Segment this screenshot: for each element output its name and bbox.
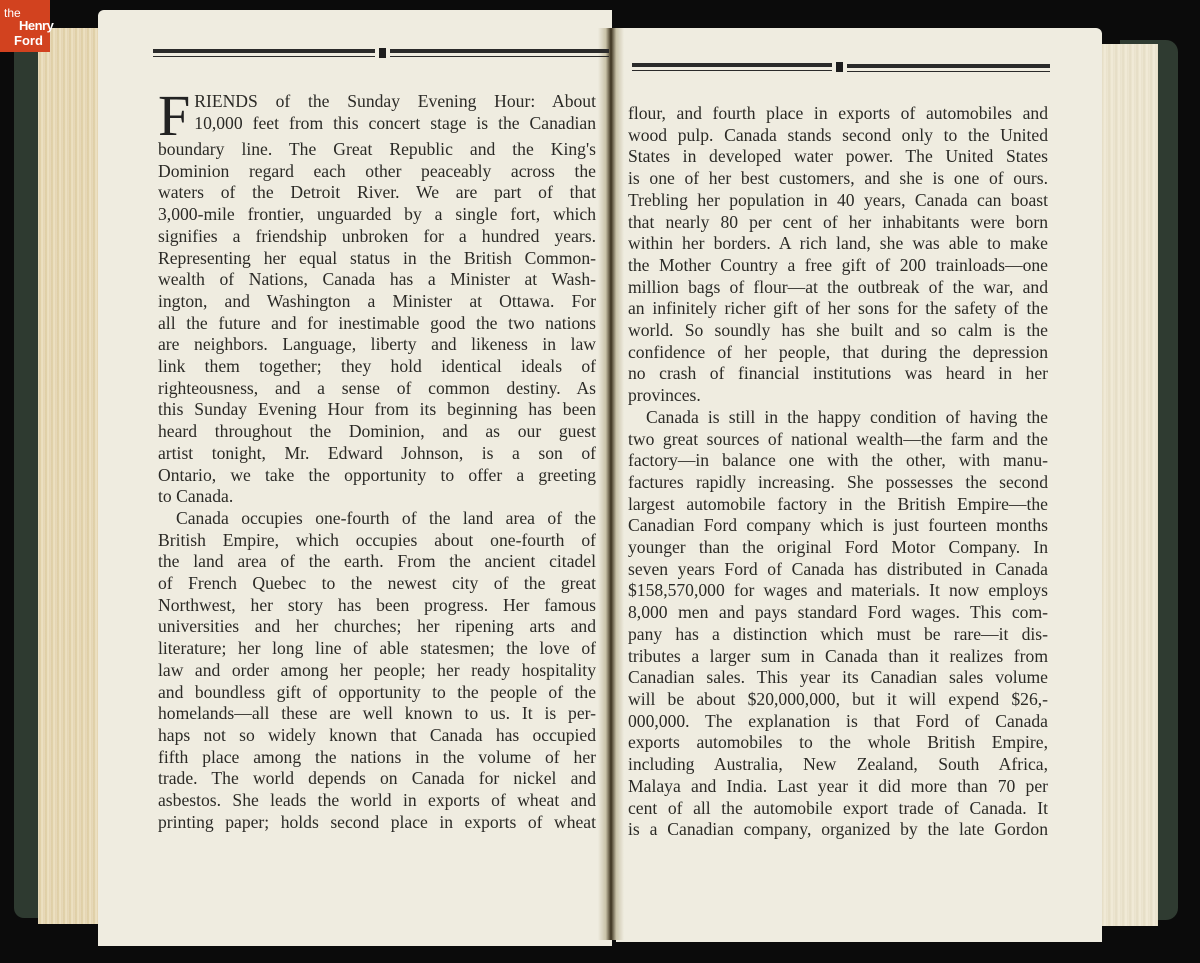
text-line: homelands—all these are well known to us…	[158, 703, 596, 725]
text-line: within her borders. A rich land, she was…	[628, 233, 1048, 255]
logo-text-ford: Ford	[14, 33, 43, 48]
text-line: provinces.	[628, 385, 1048, 407]
text-line: RIENDS of the Sunday Evening Hour: About	[158, 91, 596, 113]
text-line: ington, and Washington a Minister at Ott…	[158, 291, 596, 313]
header-ornament-right	[632, 60, 1050, 76]
text-line: Dominion regard each other peaceably acr…	[158, 161, 596, 183]
text-line: no crash of financial institutions was h…	[628, 363, 1048, 385]
text-line: link them together; they hold identical …	[158, 356, 596, 378]
text-line: seven years Ford of Canada has distribut…	[628, 559, 1048, 581]
text-line: Trebling her population in 40 years, Can…	[628, 190, 1048, 212]
text-line: British Empire, which occupies about one…	[158, 530, 596, 552]
text-line: waters of the Detroit River. We are part…	[158, 182, 596, 204]
text-line: of French Quebec to the newest city of t…	[158, 573, 596, 595]
text-line: the land area of the earth. From the anc…	[158, 551, 596, 573]
text-line: wood pulp. Canada stands second only to …	[628, 125, 1048, 147]
text-line: factory—in balance one with the other, w…	[628, 450, 1048, 472]
text-line: signifies a friendship unbroken for a hu…	[158, 226, 596, 248]
book-gutter	[598, 28, 624, 940]
text-line: $158,570,000 for wages and materials. It…	[628, 580, 1048, 602]
drop-cap: F	[158, 93, 190, 139]
text-line: pany has a distinction which must be rar…	[628, 624, 1048, 646]
text-line: tributes a larger sum in Canada than it …	[628, 646, 1048, 668]
text-line: trade. The world depends on Canada for n…	[158, 768, 596, 790]
text-line: exports automobiles to the whole British…	[628, 732, 1048, 754]
text-line: Representing her equal status in the Bri…	[158, 248, 596, 270]
text-line: fifth place among the nations in the vol…	[158, 747, 596, 769]
text-line: is a Canadian company, organized by the …	[628, 819, 1048, 841]
text-line: 8,000 men and pays standard Ford wages. …	[628, 602, 1048, 624]
text-line: world. So soundly has she built and so c…	[628, 320, 1048, 342]
text-line: will be about $20,000,000, but it will e…	[628, 689, 1048, 711]
text-line: Canada is still in the happy condition o…	[628, 407, 1048, 429]
text-line: largest automobile factory in the Britis…	[628, 494, 1048, 516]
text-line: including Australia, New Zealand, South …	[628, 754, 1048, 776]
ornament-mark-icon	[379, 48, 386, 58]
text-line: and boundless gift of opportunity to the…	[158, 682, 596, 704]
text-line: artist tonight, Mr. Edward Johnson, is a…	[158, 443, 596, 465]
header-ornament-left	[153, 47, 609, 63]
text-line: 10,000 feet from this concert stage is t…	[158, 113, 596, 135]
text-line: Canada occupies one-fourth of the land a…	[158, 508, 596, 530]
henry-ford-logo: the Henry Ford	[0, 0, 50, 52]
text-line: universities and her churches; her ripen…	[158, 616, 596, 638]
text-line: this Sunday Evening Hour from its beginn…	[158, 399, 596, 421]
left-page-text: F RIENDS of the Sunday Evening Hour: Abo…	[158, 91, 596, 834]
text-line: flour, and fourth place in exports of au…	[628, 103, 1048, 125]
page-edges-right	[1100, 44, 1158, 926]
text-line: the Mother Country a free gift of 200 tr…	[628, 255, 1048, 277]
text-line: Northwest, her story has been progress. …	[158, 595, 596, 617]
text-line: 000,000. The explanation is that Ford of…	[628, 711, 1048, 733]
ornament-mark-icon	[836, 62, 843, 72]
text-line: are neighbors. Language, liberty and lik…	[158, 334, 596, 356]
text-line: Canadian sales. This year its Canadian s…	[628, 667, 1048, 689]
text-line: 3,000-mile frontier, unguarded by a sing…	[158, 204, 596, 226]
text-line: that nearly 80 per cent of her inhabitan…	[628, 212, 1048, 234]
right-page-text: flour, and fourth place in exports of au…	[628, 103, 1048, 841]
text-line: two great sources of national wealth—the…	[628, 429, 1048, 451]
text-line: is one of her best customers, and she is…	[628, 168, 1048, 190]
text-line: Canadian Ford company which is just four…	[628, 515, 1048, 537]
text-line: law and order among her people; her read…	[158, 660, 596, 682]
text-line: literature; her long line of able states…	[158, 638, 596, 660]
text-line: factures rapidly increasing. She possess…	[628, 472, 1048, 494]
text-line: Malaya and India. Last year it did more …	[628, 776, 1048, 798]
text-line: wealth of Nations, Canada has a Minister…	[158, 269, 596, 291]
text-line: younger than the original Ford Motor Com…	[628, 537, 1048, 559]
text-line: States in developed water power. The Uni…	[628, 146, 1048, 168]
text-line: an infinitely richer gift of her sons fo…	[628, 298, 1048, 320]
text-line: all the future and for inestimable good …	[158, 313, 596, 335]
text-line: confidence of her people, that during th…	[628, 342, 1048, 364]
text-line: haps not so widely known that Canada has…	[158, 725, 596, 747]
text-line: heard throughout the Dominion, and as ou…	[158, 421, 596, 443]
text-line: cent of all the automobile export trade …	[628, 798, 1048, 820]
text-line: righteousness, and a sense of common des…	[158, 378, 596, 400]
text-line: printing paper; holds second place in ex…	[158, 812, 596, 834]
logo-text-henry: Henry	[19, 18, 53, 33]
text-line: boundary line. The Great Republic and th…	[158, 139, 596, 161]
text-line: Ontario, we take the opportunity to offe…	[158, 465, 596, 487]
text-line: asbestos. She leads the world in exports…	[158, 790, 596, 812]
text-line: million bags of flour—at the outbreak of…	[628, 277, 1048, 299]
text-line: to Canada.	[158, 486, 596, 508]
